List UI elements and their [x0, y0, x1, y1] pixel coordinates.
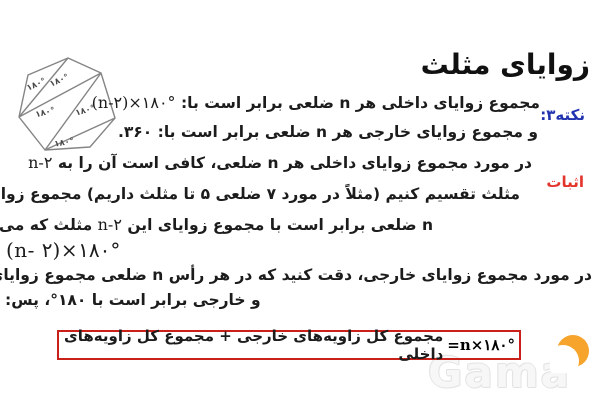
formula-n-times-180: =n×۱۸۰° — [447, 336, 515, 354]
line-text: n ضلعی برابر است با مجموع زوایای این — [127, 216, 433, 234]
formula-n-2-180: (n-۲)×۱۸۰° — [92, 93, 176, 112]
angle-label: ۱۸۰° — [48, 72, 70, 89]
slide: { "title": "زوایای مثلث", "side_labels":… — [0, 0, 600, 400]
text-line-interior-sum: مجموع زوایای داخلی هر n ضلعی برابر است ب… — [92, 93, 540, 112]
text-line-exterior-note-2: و خارجی برابر است با ۱۸۰°، پس: — [5, 291, 261, 309]
text-line-proof-3: n ضلعی برابر است با مجموع زوایای این n-۲… — [0, 215, 433, 234]
page-title: زوایای مثلث — [421, 48, 590, 81]
formula-n-minus-2: n-۲ — [98, 215, 122, 234]
text-line-exterior-note-1: در مورد مجموع زوایای خارجی، دقت کنید که … — [0, 266, 592, 284]
line-text: در مورد مجموع زوایای داخلی هر n ضلعی، کا… — [58, 154, 532, 172]
line-text: مجموع زوایای داخلی هر n ضلعی برابر است ب… — [181, 94, 540, 112]
line-text: مثلث که می‌شود: — [0, 216, 92, 234]
text-line-proof-1: در مورد مجموع زوایای داخلی هر n ضلعی، کا… — [28, 153, 532, 172]
text-line-exterior-sum: و مجموع زوایای خارجی هر n ضلعی برابر است… — [118, 123, 538, 141]
note-label: نکته۳: — [540, 106, 585, 124]
formula-result: (n- ۲)×۱۸۰° — [6, 238, 120, 262]
angle-label: ۱۸۰° — [34, 106, 56, 120]
highlighted-rule-box: =n×۱۸۰° مجموع کل زاویه‌های خارجی + مجموع… — [57, 330, 521, 360]
rule-text: مجموع کل زاویه‌های خارجی + مجموع کل زاوی… — [63, 327, 443, 363]
angle-label: ۱۸۰° — [25, 76, 47, 93]
proof-label: اثبات — [546, 173, 584, 191]
text-line-proof-2: مثلث تقسیم کنیم (مثلاً در مورد ۷ ضلعی ۵ … — [0, 185, 520, 203]
gama-logo-crescent-icon — [550, 331, 595, 373]
formula-n-minus-2: n-۲ — [28, 153, 52, 172]
